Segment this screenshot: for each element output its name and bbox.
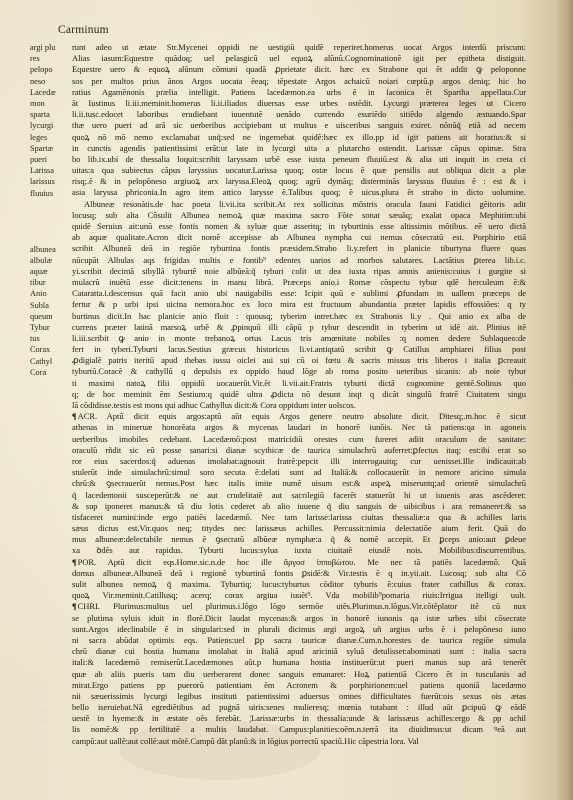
text-line: lis nomẽ:& pp fertilitatẽ a multis lauda… [72,724,526,735]
text-line: sulit albunea nemoꝝ q̃ maxima. Tyburtiq;… [72,579,526,590]
text-line-content: scribit Albuneã deã in regiõe tyburtina … [72,243,526,253]
text-line-content: mus albuneæ:delectabile nemus ẽ ꝯsecratũ… [72,534,526,544]
text-line: chrũ dianæ cui hostia humana imolabat in… [72,646,526,657]
text-line-content: Alias iasum:Equestre quãdoq; uel pelasgi… [72,53,526,63]
margin-note: Tybur [30,323,50,332]
text-line-content: mirat.Ergo patiens pp puerorũ patientiam… [72,680,526,690]
text-line-content: li.ii.tusc.edocet laboribus erudiebant i… [72,109,526,119]
text-line-content: currens præter latinã marsoꝝ urbẽ & ꝓpin… [72,322,526,332]
text-line-content: burtinus dicit.In hac planicie anio flui… [72,311,526,321]
text-line: ratius Agamẽnonis prælia intelligit. Pat… [72,87,526,98]
text-line: tyburtũ.Coracẽ & cathyllũ q depulsis ex … [72,366,526,377]
text-line-content: fert in tyberi.Tyburti lacus.Sestius græ… [72,344,526,354]
text-line: currens præter latinã marsoꝝ urbẽ & ꝓpin… [72,322,526,333]
text-line: nũcupãt Albulas aqs frigidas multis e fo… [72,255,526,266]
text-line-content: tisfaceret numini:inde ergo patiẽs laced… [72,512,526,522]
text-line-content: fertur & p urbi ipsi uicina nemora.hoc e… [72,299,526,309]
spine-shadow [555,0,573,800]
text-line-content: ACR. Aptũ dicit equis argos:aptũ aũt equ… [78,411,526,421]
text-line: tisfaceret numini:inde ergo patiẽs laced… [72,512,526,523]
text-line-content: xa ꝺdẽs aut rapidus. Tyburti lucus:sylua… [72,545,526,555]
text-line: nii sæuerissimis lycurgi legibus institu… [72,691,526,702]
text-line: q; de hoc meminit ẽm Sestium:q quidẽ ult… [72,389,526,400]
margin-note: aquæ [30,267,48,276]
text-line: li.ii.tusc.edocet laboribus erudiebant i… [72,109,526,120]
text-line-content: oraculũ rñdit sic eũ posse sanari:si dia… [72,445,526,455]
text-line-content: bo lib.ix.ubi de thessalia loquit:scribi… [72,154,526,164]
text-line: ¶CHRI. Plurimus:multus uel plurimus.i.lõ… [72,601,526,612]
text-line-content: Albuneæ resonãtis.de hac poeta li.vii.it… [84,199,526,209]
text-line: sæus dictus est.Vir.quos neq; titydes ne… [72,523,526,534]
text-line-content: ãt Iustinus li.iii.meminit.homerus li.ii… [72,98,526,108]
margin-note: albunea [30,245,56,254]
text-line-content: & sup iponeret manus:& tã diu lotis cede… [72,501,526,511]
document-page: Carminum argi plurespeloponesoLacedæmons… [0,0,573,800]
margin-note: fluuius [30,189,53,198]
margin-note: neso [30,77,45,86]
text-line-content: yi.scribit decimã sibyllã tyburtẽ noie a… [72,266,526,276]
show-through-ghost: · · ·· · ·· · · [36,470,76,497]
margin-note: pelopo [30,65,53,74]
text-line-content: risq;.ẽ & in pelopõneso argiuoꝝ arx lary… [72,176,526,186]
text-line: ꝓdigialẽ patris iteritũ apud thebas iuss… [72,355,526,366]
text-line-content: ni sacra abũdat optimis eqs. Patiens:uel… [72,635,526,645]
text-line: quæ ab aliis pueris tam diu uerberarent … [72,669,526,680]
text-line: uerberibus imobiles cedebant. Lacedæmõ:p… [72,434,526,445]
text-line-content: se plutima syluis iduit in florẽ.Dicit l… [72,613,526,623]
text-line-content: stulerũt inde simulachrũ:simul soro secu… [72,467,526,477]
margin-note: larissus [30,177,55,186]
text-line: athenas in mineruæ honorẽata argos & myc… [72,422,526,433]
text-line: fert in tyberi.Tyburti lacus.Sestius græ… [72,344,526,355]
text-line: uitas:a qua subiectus cãpus laryssius uo… [72,165,526,176]
text-line: xa ꝺdẽs aut rapidus. Tyburti lucus:sylua… [72,545,526,556]
text-line: asia laryssa phriconia.In agro item atti… [72,187,526,198]
text-line-content: athenas in mineruæ honorẽata argos & myc… [72,422,526,432]
text-line: & sup iponeret manus:& tã diu lotis cede… [72,501,526,512]
text-line: ti maximi natoꝝ filii oppidũ uocauerũt.V… [72,378,526,389]
margin-note: Corax [30,345,50,354]
text-line-content: sæus dictus est.Vir.quos neq; titydes ne… [72,523,526,533]
text-line-content: ror eius sacerdos:q̃ aduenas imolabat:ag… [72,456,526,466]
text-line: li.iii.scribit ꝙ anio in monte trebanoꝝ … [72,333,526,344]
text-line: bo lib.ix.ubi de thessalia loquit:scribi… [72,154,526,165]
text-line: bello iseruiebat.Nã egrediẽtibus ad pugn… [72,702,526,713]
margin-note: sparta [30,110,50,119]
text-line: stulerũt inde simulachrũ:simul soro secu… [72,467,526,478]
text-line: thæ uero pueri ad arã sic uerberibus acc… [72,120,526,131]
margin-note: tibur [30,278,46,287]
text-line: chrũ:& ꝯsecrauerũt nemus.Post hæc italis… [72,478,526,489]
text-line-content: tyburtũ.Coracẽ & cathyllũ q depulsis ex … [72,366,526,376]
text-line-content: uitas:a qua subiectus cãpus laryssius uo… [72,165,526,175]
text-line: mirat.Ergo patiens pp puerorũ patientiam… [72,680,526,691]
margin-note: queum [30,312,53,321]
show-through-ghost: · · ·· · ·· · ·· · · [36,690,76,726]
margin-note: Lacedæ [30,88,56,97]
text-line: quoꝝ Vir.meminit.Catillusq; acerq; corax… [72,590,526,601]
text-line-content: mulacrũ inuẽtũ esse dicit:tenens in manu… [72,277,526,287]
text-line-content: ab aquæ qualitate.Acron dicit nomẽ accep… [72,232,526,242]
margin-note: Subla [30,301,49,310]
text-line-content: q̃ lacedemonii susceperũt:& ne aut crude… [72,490,526,500]
text-line-content: chrũ dianæ cui hostia humana imolabat in… [72,646,526,656]
text-line-content: in cunctis agendis patientissimi erãt:ut… [72,143,526,153]
text-line-content: q; de hoc meminit ẽm Sestium:q quidẽ ult… [72,389,526,399]
text-line-content: itali:& lacedæmõ remiserũt.Lacedæmones a… [72,657,526,667]
margin-note: lycurgi [30,121,53,130]
pilcrow-icon: ¶ [72,557,77,567]
text-line-content: ti maximi natoꝝ filii oppidũ uocauerũt.V… [72,378,526,388]
text-line-content: Cataratta.i.descensus quã facit anio ubi… [72,288,526,298]
text-line: Cataratta.i.descensus quã facit anio ubi… [72,288,526,299]
text-line-content: asia laryssa phriconia.In agro item atti… [72,187,526,197]
text-line: risq;.ẽ & in pelopõneso argiuoꝝ arx lary… [72,176,526,187]
text-line: uestẽ in hyeme:& in æstate oẽs ferebãt. … [72,713,526,724]
text-line: in cunctis agendis patientissimi erãt:ut… [72,143,526,154]
margin-note: Anio [30,289,47,298]
text-line: scribit Albuneã deã in regiõe tyburtina … [72,243,526,254]
text-line: fertur & p urbi ipsi uicina nemora.hoc e… [72,299,526,310]
text-line-content: sulit albunea nemoꝝ q̃ maxima. Tyburtiq;… [72,579,526,589]
margin-note: Larissa [30,166,54,175]
text-line: itali:& lacedæmõ remiserũt.Lacedæmones a… [72,657,526,668]
text-line-content: quoꝝ nõ mõ nemo exclamabat unq̃:sed ne i… [72,132,526,142]
text-line: quoꝝ nõ mõ nemo exclamabat unq̃:sed ne i… [72,132,526,143]
text-line: yi.scribit decimã sibyllã tyburtẽ noie a… [72,266,526,277]
text-line-content: campũ:aut uallẽ:aut collẽ:aut mõtẽ.Campũ… [72,736,419,746]
text-line: domus albuneæ.Albuneã deã i regionẽ tybu… [72,568,526,579]
text-line-content: quæ ab aliis pueris tam diu uerberarent … [72,669,526,679]
margin-note: albulæ [30,256,52,265]
text-line: q̃ lacedemonii susceperũt:& ne aut crude… [72,490,526,501]
text-line: mulacrũ inuẽtũ esse dicit:tenens in manu… [72,277,526,288]
text-line-content: thæ uero pueri ad arã sic uerberibus acc… [72,120,526,130]
text-line-content: lã cõdidisse.testis est mons qui adhuc C… [72,400,356,410]
text-line-content: bello iseruiebat.Nã egrediẽtibus ad pugn… [72,702,526,712]
text-line-content: ꝓdigialẽ patris iteritũ apud thebas iuss… [72,355,526,365]
margin-note: pueri [30,155,47,164]
text-line-content: uestẽ in hyeme:& in æstate oẽs ferebãt. … [72,713,526,723]
text-line: Alias iasum:Equestre quãdoq; uel pelasgi… [72,53,526,64]
text-line-content: ratius Agamẽnonis prælia intelligit. Pat… [72,87,526,97]
text-line: campũ:aut uallẽ:aut collẽ:aut mõtẽ.Campũ… [72,736,526,747]
text-line-content: quoꝝ Vir.meminit.Catillusq; acerq; corax… [72,590,526,600]
text-line: quidẽ Seruius ait:unũ esse fontis nomen … [72,221,526,232]
text-line: ror eius sacerdos:q̃ aduenas imolabat:ag… [72,456,526,467]
body-text: runt adeo ut ætate Str.Mycenei oppidi ne… [72,42,526,747]
text-line: locusq; sub alta Cõsulit Albunea nemoꝝ q… [72,210,526,221]
margin-note: tus [30,334,40,343]
text-line-content: domus albuneæ.Albuneã deã i regionẽ tybu… [72,568,526,578]
text-line-content: sunt.Argos ideclinabile ẽ in singulari:s… [72,624,526,634]
text-line-content: quidẽ Seruius ait:unũ esse fontis nomen … [72,221,526,231]
text-line-content: Equestre uero & equoꝝ alũnum cõmuni quad… [72,64,526,74]
text-line: ni sacra abũdat optimis eqs. Patiens:uel… [72,635,526,646]
margin-note: argi plu [30,43,55,52]
text-line-content: nii sæuerissimis lycurgi legibus institu… [72,691,526,701]
text-line: sunt.Argos ideclinabile ẽ in singulari:s… [72,624,526,635]
text-line: se plutima syluis iduit in florẽ.Dicit l… [72,613,526,624]
margin-note: mon [30,99,45,108]
text-line-content: uerberibus imobiles cedebant. Lacedæmõ:p… [72,434,526,444]
text-line: burtinus dicit.In hac planicie anio flui… [72,311,526,322]
pilcrow-icon: ¶ [72,411,77,421]
margin-note: Spartæ [30,144,53,153]
margin-note: leges [30,133,47,142]
running-head: Carminum [58,24,109,36]
text-line-content: li.iii.scribit ꝙ anio in monte trebanoꝝ … [72,333,526,343]
text-line-content: chrũ:& ꝯsecrauerũt nemus.Post hæc italis… [72,478,526,488]
text-line: runt adeo ut ætate Str.Mycenei oppidi ne… [72,42,526,53]
text-line-content: nũcupãt Albulas aqs frigidas multis e fo… [72,255,526,265]
text-line-content: lis nomẽ:& pp fertilitatẽ a multis lauda… [72,724,526,734]
text-line: oraculũ rñdit sic eũ posse sanari:si dia… [72,445,526,456]
text-line: Equestre uero & equoꝝ alũnum cõmuni quad… [72,64,526,75]
text-line-content: CHRI. Plurimus:multus uel plurimus.i.lõg… [78,601,526,611]
margin-note: Cathyl [30,357,52,366]
text-line-content: locusq; sub alta Cõsulit Albunea nemoꝝ q… [72,210,526,220]
margin-note: Cora [30,368,46,377]
text-line: ¶ACR. Aptũ dicit equis argos:aptũ aũt eq… [72,411,526,422]
text-line: Albuneæ resonãtis.de hac poeta li.vii.it… [72,199,526,210]
text-line: sos per multos prius ãnos Argos uocata ẽ… [72,76,526,87]
text-line: lã cõdidisse.testis est mons qui adhuc C… [72,400,526,411]
text-line: ¶POR. Aptũ dicit eqs.Home.sic.n.de hoc i… [72,557,526,568]
text-line: ab aquæ qualitate.Acron dicit nomẽ accep… [72,232,526,243]
pilcrow-icon: ¶ [72,601,77,611]
text-line-content: sos per multos prius ãnos Argos uocata ẽ… [72,76,526,86]
margin-note: res [30,54,40,63]
text-line: mus albuneæ:delectabile nemus ẽ ꝯsecratũ… [72,534,526,545]
text-line: ãt Iustinus li.iii.meminit.homerus li.ii… [72,98,526,109]
text-line-content: runt adeo ut ætate Str.Mycenei oppidi ne… [72,42,526,52]
text-line-content: POR. Aptũ dicit eqs.Home.sic.n.de hoc il… [78,557,526,567]
